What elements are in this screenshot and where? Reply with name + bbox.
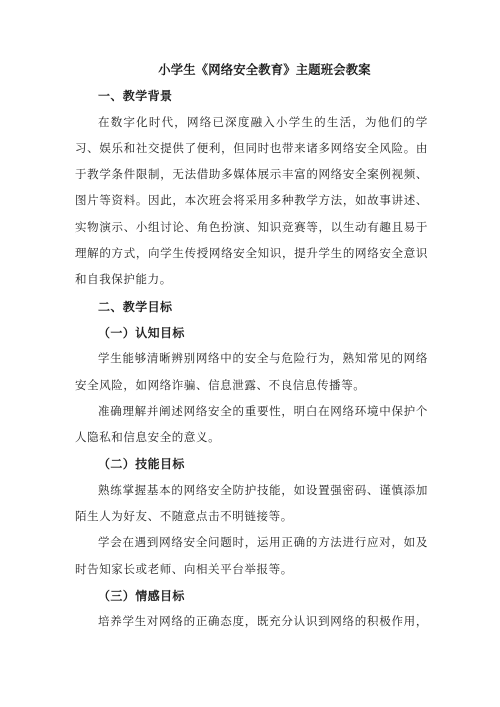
paragraph-line: 在数字化时代，网络已深度融入小学生的生活，为他们的学 [75,110,428,136]
section-heading: 一、教学背景 [75,83,428,109]
paragraph-line: 学生能够清晰辨别网络中的安全与危险行为，熟知常见的网络 [75,346,428,372]
paragraph-line: 安全风险，如网络诈骗、信息泄露、不良信息传播等。 [75,373,428,399]
paragraph-line: 熟练掌握基本的网络安全防护技能，如设置强密码、谨慎添加 [75,478,428,504]
section-heading: 二、教学目标 [75,294,428,320]
document-content: 小学生《网络安全教育》主题班会教案一、教学背景在数字化时代，网络已深度融入小学生… [75,57,428,636]
paragraph-line: 陌生人为好友、不随意点击不明链接等。 [75,504,428,530]
paragraph-line: 于教学条件限制，无法借助多媒体展示丰富的网络安全案例视频、 [75,162,428,188]
paragraph-line: 习、娱乐和社交提供了便利，但同时也带来诸多网络安全风险。由 [75,136,428,162]
section-heading: （一）认知目标 [75,320,428,346]
section-heading: （二）技能目标 [75,451,428,477]
document-page: 小学生《网络安全教育》主题班会教案一、教学背景在数字化时代，网络已深度融入小学生… [0,0,500,707]
paragraph-line: 实物演示、小组讨论、角色扮演、知识竞赛等，以生动有趣且易于 [75,215,428,241]
document-title: 小学生《网络安全教育》主题班会教案 [75,57,428,83]
paragraph-line: 时告知家长或老师、向相关平台举报等。 [75,557,428,583]
paragraph-line: 人隐私和信息安全的意义。 [75,425,428,451]
paragraph-line: 准确理解并阐述网络安全的重要性，明白在网络环境中保护个 [75,399,428,425]
paragraph-line: 培养学生对网络的正确态度，既充分认识到网络的积极作用， [75,609,428,635]
section-heading: （三）情感目标 [75,583,428,609]
paragraph-line: 和自我保护能力。 [75,267,428,293]
paragraph-line: 图片等资料。因此，本次班会将采用多种教学方法，如故事讲述、 [75,188,428,214]
paragraph-line: 理解的方式，向学生传授网络安全知识，提升学生的网络安全意识 [75,241,428,267]
paragraph-line: 学会在遇到网络安全问题时，运用正确的方法进行应对，如及 [75,530,428,556]
